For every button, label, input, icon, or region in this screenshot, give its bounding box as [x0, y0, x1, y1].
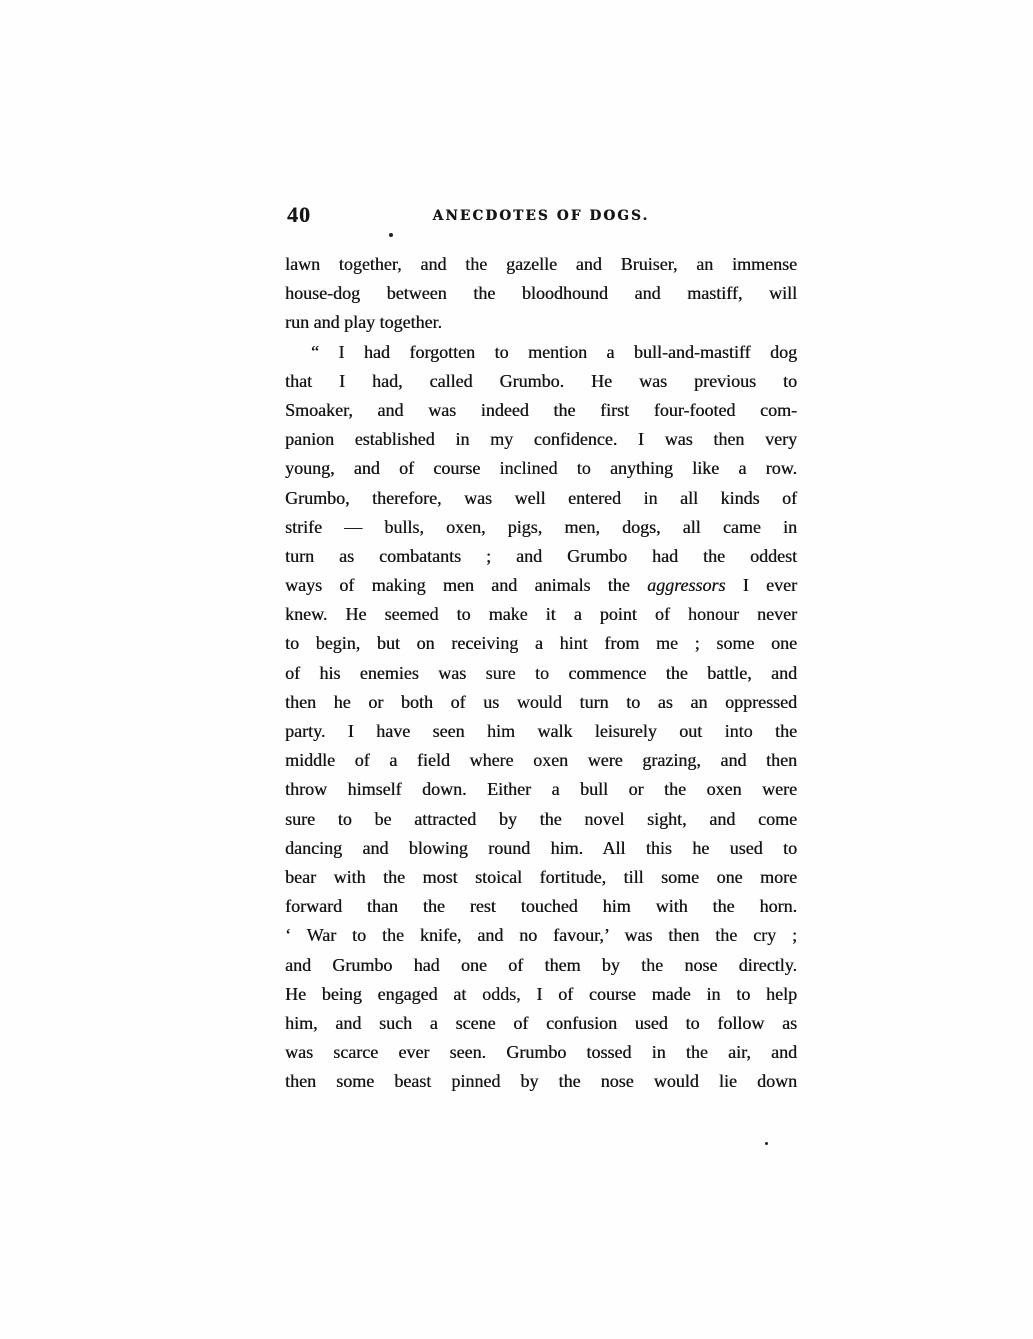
text-segment: to begin, but on receiving a hint from m…	[285, 633, 797, 653]
text-line: Grumbo, therefore, was well entered in a…	[285, 484, 797, 513]
italic-text-segment: aggressors	[647, 575, 725, 595]
text-line: and Grumbo had one of them by the nose d…	[285, 951, 797, 980]
book-page: 40 ANECDOTES OF DOGS. lawn together, and…	[0, 0, 1033, 1339]
text-line: lawn together, and the gazelle and Bruis…	[285, 250, 797, 279]
text-line: dancing and blowing round him. All this …	[285, 834, 797, 863]
text-segment: house-dog between the bloodhound and mas…	[285, 283, 797, 303]
text-segment: bear with the most stoical fortitude, ti…	[285, 867, 797, 887]
text-line: party. I have seen him walk leisurely ou…	[285, 717, 797, 746]
text-segment: of his enemies was sure to commence the …	[285, 663, 797, 683]
text-segment: middle of a field where oxen were grazin…	[285, 750, 797, 770]
text-line: bear with the most stoical fortitude, ti…	[285, 863, 797, 892]
text-segment: ways of making men and animals the	[285, 575, 647, 595]
text-block: lawn together, and the gazelle and Bruis…	[285, 250, 797, 1096]
text-segment: him, and such a scene of confusion used …	[285, 1013, 797, 1033]
text-segment: Grumbo, therefore, was well entered in a…	[285, 488, 797, 508]
text-line: young, and of course inclined to anythin…	[285, 454, 797, 483]
scan-speck	[765, 1142, 768, 1145]
text-line: him, and such a scene of confusion used …	[285, 1009, 797, 1038]
text-segment: party. I have seen him walk leisurely ou…	[285, 721, 797, 741]
text-segment: then he or both of us would turn to as a…	[285, 692, 797, 712]
text-line: throw himself down. Either a bull or the…	[285, 775, 797, 804]
text-segment: dancing and blowing round him. All this …	[285, 838, 797, 858]
text-line: “ I had forgotten to mention a bull-and-…	[285, 338, 797, 367]
running-header-title: ANECDOTES OF DOGS.	[285, 208, 797, 224]
text-line: forward than the rest touched him with t…	[285, 892, 797, 921]
text-line: was scarce ever seen. Grumbo tossed in t…	[285, 1038, 797, 1067]
text-segment: Smoaker, and was indeed the first four-f…	[285, 400, 797, 420]
text-segment: run and play together.	[285, 312, 442, 332]
text-line: then some beast pinned by the nose would…	[285, 1067, 797, 1096]
text-segment: young, and of course inclined to anythin…	[285, 458, 797, 478]
text-segment: I ever	[725, 575, 797, 595]
text-line: run and play together.	[285, 308, 797, 337]
text-segment: panion established in my confidence. I w…	[285, 429, 797, 449]
text-segment: strife — bulls, oxen, pigs, men, dogs, a…	[285, 517, 797, 537]
text-segment: forward than the rest touched him with t…	[285, 896, 797, 916]
text-segment: ‘ War to the knife, and no favour,’ was …	[285, 925, 797, 945]
text-line: that I had, called Grumbo. He was previo…	[285, 367, 797, 396]
text-segment: “ I had forgotten to mention a bull-and-…	[311, 342, 797, 362]
text-line: ways of making men and animals the aggre…	[285, 571, 797, 600]
text-segment: throw himself down. Either a bull or the…	[285, 779, 797, 799]
text-line: turn as combatants ; and Grumbo had the …	[285, 542, 797, 571]
text-line: then he or both of us would turn to as a…	[285, 688, 797, 717]
text-line: of his enemies was sure to commence the …	[285, 659, 797, 688]
text-line: Smoaker, and was indeed the first four-f…	[285, 396, 797, 425]
text-segment: lawn together, and the gazelle and Bruis…	[285, 254, 797, 274]
text-line: He being engaged at odds, I of course ma…	[285, 980, 797, 1009]
text-line: panion established in my confidence. I w…	[285, 425, 797, 454]
text-segment: was scarce ever seen. Grumbo tossed in t…	[285, 1042, 797, 1062]
text-segment: turn as combatants ; and Grumbo had the …	[285, 546, 797, 566]
text-segment: knew. He seemed to make it a point of ho…	[285, 604, 797, 624]
text-line: house-dog between the bloodhound and mas…	[285, 279, 797, 308]
text-line: strife — bulls, oxen, pigs, men, dogs, a…	[285, 513, 797, 542]
text-line: sure to be attracted by the novel sight,…	[285, 805, 797, 834]
text-segment: He being engaged at odds, I of course ma…	[285, 984, 797, 1004]
scan-speck	[389, 233, 393, 237]
text-segment: that I had, called Grumbo. He was previo…	[285, 371, 797, 391]
text-line: knew. He seemed to make it a point of ho…	[285, 600, 797, 629]
text-line: ‘ War to the knife, and no favour,’ was …	[285, 921, 797, 950]
text-line: to begin, but on receiving a hint from m…	[285, 629, 797, 658]
text-segment: sure to be attracted by the novel sight,…	[285, 809, 797, 829]
text-segment: then some beast pinned by the nose would…	[285, 1071, 797, 1091]
text-segment: and Grumbo had one of them by the nose d…	[285, 955, 797, 975]
text-line: middle of a field where oxen were grazin…	[285, 746, 797, 775]
